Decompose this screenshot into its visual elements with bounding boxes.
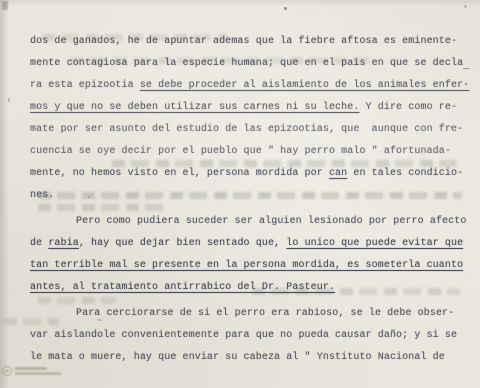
text-line: mente contagiosa para la especie humana;… [30,53,470,75]
text-line: mate por ser asunto del estudio de las e… [30,119,470,141]
text-line: le mata o muere, hay que enviar su cabez… [30,347,470,369]
text-line: ra esta epizootia se debe proceder al ai… [30,75,470,97]
text-segment: mate por ser asunto del estudio de las e… [30,124,463,135]
text-segment: dos de ganados, he de apuntar ademas que… [30,36,457,47]
text-line: dos de ganados, he de apuntar ademas que… [30,31,470,53]
watermark-text-line [15,372,61,375]
text-segment: cuencia se oye decir por el pueblo que "… [30,146,451,157]
text-line: antes, al tratamiento antirrabico del Dr… [30,277,470,299]
text-segment: nes. [30,190,54,201]
underlined-text-segment: lo unico que puede evitar que [286,238,463,249]
typewritten-text: dos de ganados, he de apuntar ademas que… [30,31,470,369]
text-segment: mente, no hemos visto en el, persona mor… [30,168,329,179]
text-segment: ra esta epizootia [30,80,140,91]
scan-speck [8,98,10,102]
text-line: mente, no hemos visto en el, persona mor… [30,163,470,185]
text-line: tan terrible mal se presente en la perso… [30,255,470,277]
text-segment: Pero como pudiera suceder ser alguien le… [76,216,466,227]
text-line: de rabia, hay que dejar bien sentado que… [30,233,470,255]
underlined-text-segment: antes, al tratamiento antirrabico del Dr… [30,282,335,293]
text-line: mos y que no se deben utilizar sus carne… [30,97,470,119]
text-segment: de [30,238,48,249]
underlined-text-segment: mos y que no se deben utilizar sus carne… [30,102,359,113]
scan-speck [2,1,8,10]
watermark-text-line [15,367,47,370]
text-segment: Y dire como re- [359,102,457,113]
text-segment: Para cerciorarse de si el perro era rabi… [76,308,454,319]
underlined-text-segment: tan terrible mal se presente en la perso… [30,260,463,271]
watermark-text-lines [15,366,61,375]
text-segment: mente contagiosa para la especie humana;… [30,58,463,69]
text-line: var aislandole convenientemente para que… [30,325,470,347]
document-page: dos de ganados, he de apuntar ademas que… [0,0,480,388]
text-segment: _ [463,61,469,72]
underlined-text-segment: se debe proceder al aislamiento de los a… [140,80,469,91]
watermark-logo-icon [2,366,12,376]
archive-watermark [2,366,61,376]
text-line: nes. [30,185,470,207]
page-top-edge-shadow [0,0,480,6]
text-line: Pero como pudiera suceder ser alguien le… [30,211,470,233]
text-segment: var aislandole convenientemente para que… [30,330,457,341]
scan-speck [284,7,287,10]
scan-speck [464,5,467,8]
text-line: cuencia se oye decir por el pueblo que "… [30,141,470,163]
text-segment: , hay que dejar bien sentado que, [79,238,286,249]
text-line: Para cerciorarse de si el perro era rabi… [30,303,470,325]
text-segment: le mata o muere, hay que enviar su cabez… [30,352,445,363]
text-segment: en tales condicio- [347,168,463,179]
page-left-edge-shadow [0,0,9,388]
underlined-text-segment: rabia [48,238,79,249]
underlined-text-segment: can [329,168,347,179]
